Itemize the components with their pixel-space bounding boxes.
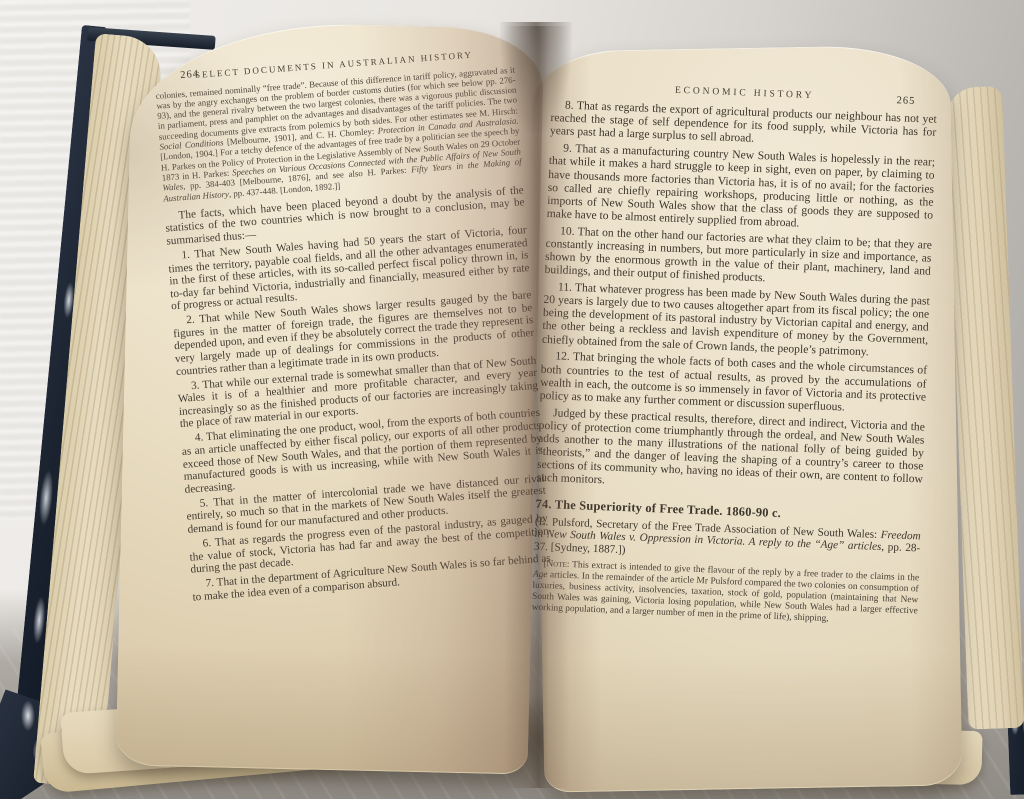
paragraph-11: 11. That whatever progress has been made… — [542, 280, 930, 361]
left-page-text: 264 SELECT DOCUMENTS IN AUSTRALIAN HISTO… — [154, 46, 552, 604]
paragraph-12: 12. That bringing the whole facts of bot… — [540, 349, 928, 416]
paragraph-judged: Judged by these practical results, there… — [536, 405, 925, 499]
page-number-left: 264 — [180, 69, 200, 83]
page-number-right: 265 — [896, 94, 915, 108]
book-photo: 264 SELECT DOCUMENTS IN AUSTRALIAN HISTO… — [0, 0, 1024, 799]
editor-headnote: colonies, remained nominally “free trade… — [155, 64, 522, 203]
right-page-text: ECONOMIC HISTORY 265 8. That as regards … — [531, 78, 937, 628]
running-head-right: ECONOMIC HISTORY — [675, 84, 815, 102]
paragraph-10: 10. That on the other hand our factories… — [544, 224, 932, 291]
paragraph-9: 9. That as a manufacturing country New S… — [547, 141, 936, 235]
